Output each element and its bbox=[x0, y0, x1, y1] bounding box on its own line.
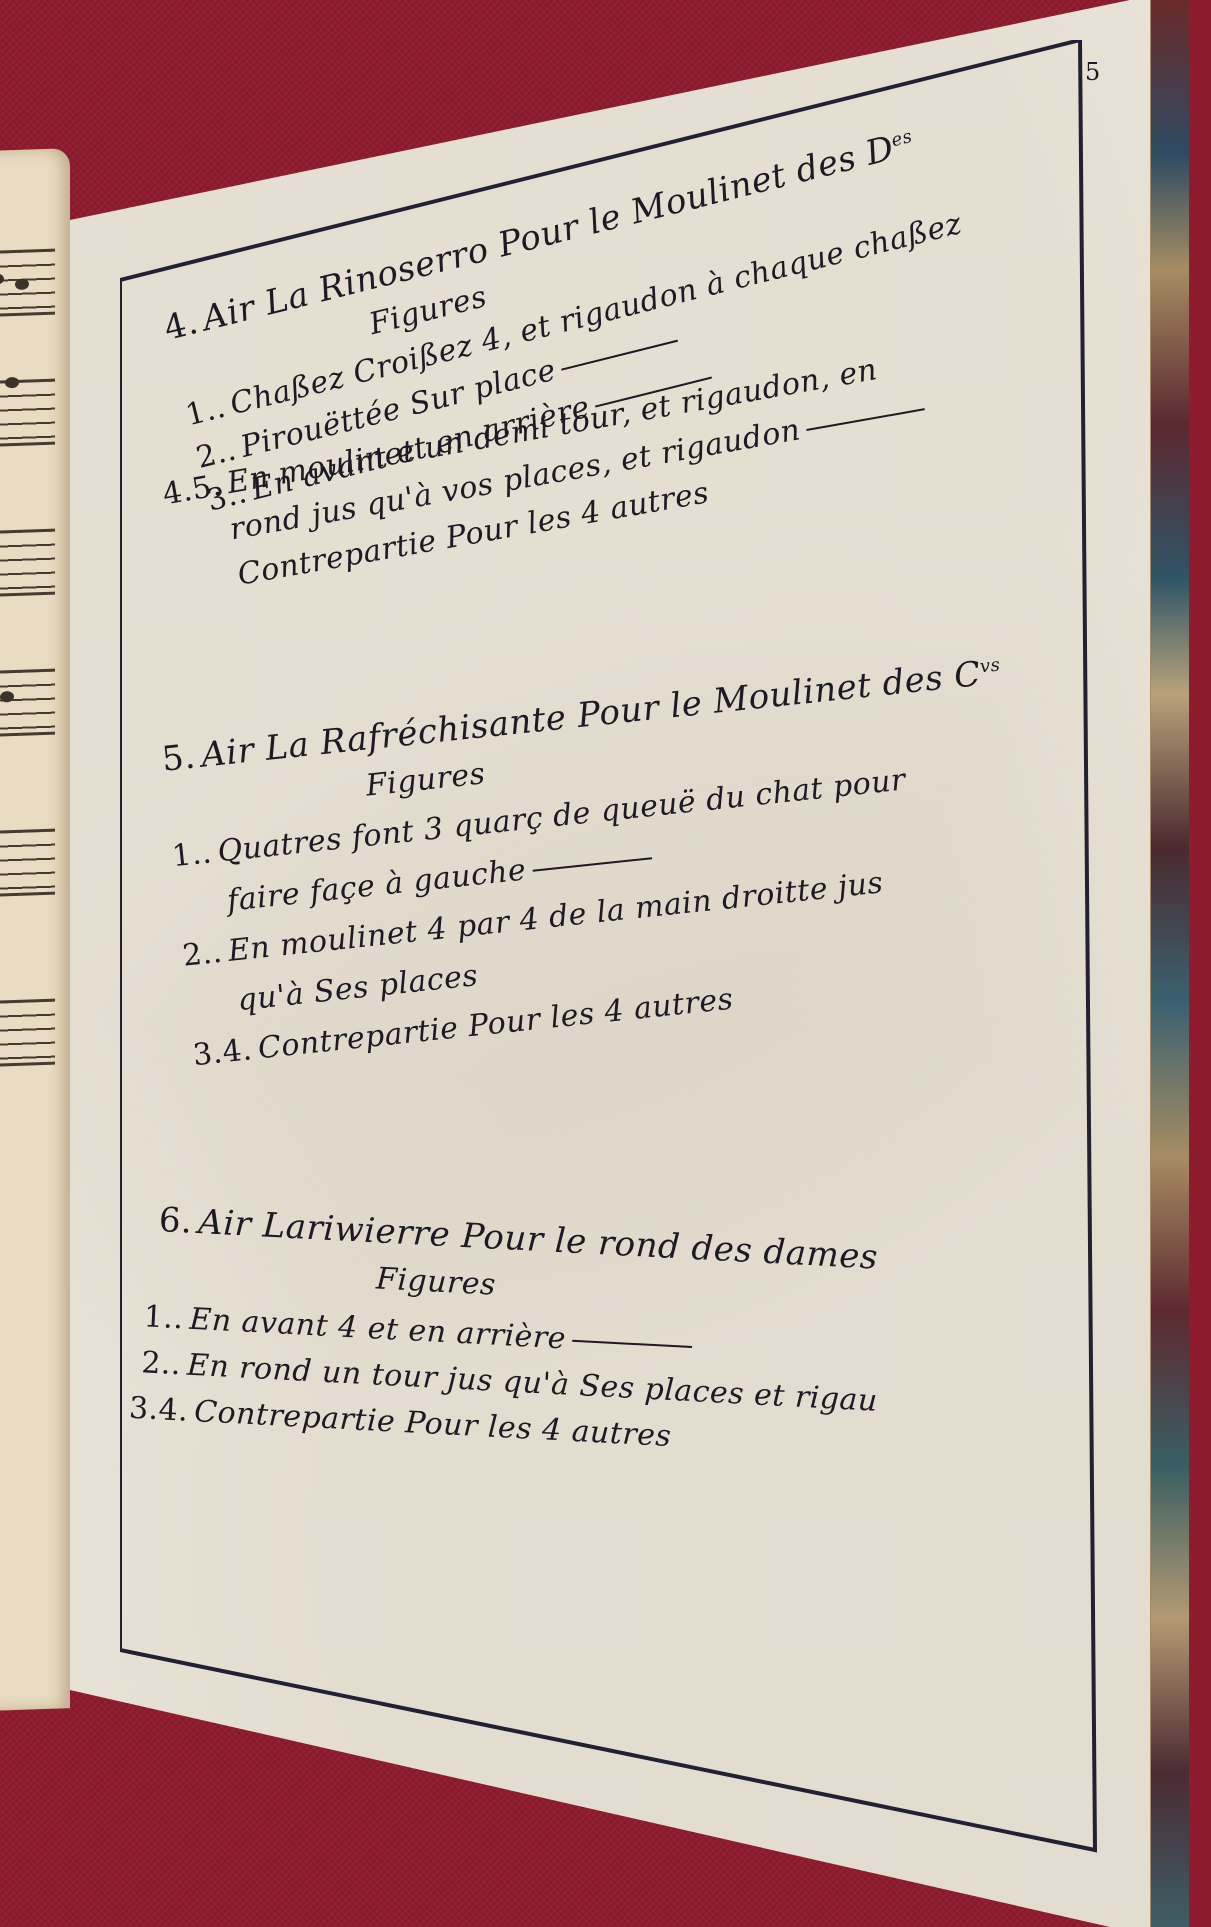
music-staff bbox=[0, 249, 55, 318]
section-number: 5. bbox=[160, 737, 197, 780]
marbled-edge bbox=[1141, 0, 1211, 1927]
section-4: 4.Air La Rinoserro Pour le Moulinet des … bbox=[160, 92, 1033, 310]
figures-label: Figures bbox=[364, 756, 487, 803]
section-title-text: Air Lariwierre Pour le rond des dames bbox=[197, 1202, 879, 1278]
figures-label: Figures bbox=[375, 1261, 497, 1302]
section-5: 5.Air La Rafréchisante Pour le Moulinet … bbox=[160, 646, 1055, 740]
title-superscript: es bbox=[889, 126, 914, 151]
section-number: 4. bbox=[160, 302, 202, 349]
section-title: 6.Air Lariwierre Pour le rond des dames bbox=[158, 1200, 879, 1278]
title-superscript: vs bbox=[979, 654, 1001, 677]
section-number: 6. bbox=[158, 1200, 194, 1242]
music-staff bbox=[0, 529, 55, 598]
left-page bbox=[0, 148, 70, 1712]
text-layer: 4.Air La Rinoserro Pour le Moulinet des … bbox=[70, 0, 1030, 1700]
section-6: 6.Air Lariwierre Pour le rond des dames … bbox=[160, 1200, 1059, 1247]
figure-item: qu'à Ses places bbox=[236, 958, 480, 1018]
section-title-text: Air La Rafréchisante Pour le Moulinet de… bbox=[199, 654, 982, 776]
music-staff bbox=[0, 999, 55, 1068]
page-number: 5 bbox=[1085, 58, 1100, 86]
section-title: 5.Air La Rafréchisante Pour le Moulinet … bbox=[160, 652, 1003, 780]
music-staff bbox=[0, 829, 55, 898]
music-staff bbox=[0, 669, 55, 738]
music-staff bbox=[0, 379, 55, 448]
